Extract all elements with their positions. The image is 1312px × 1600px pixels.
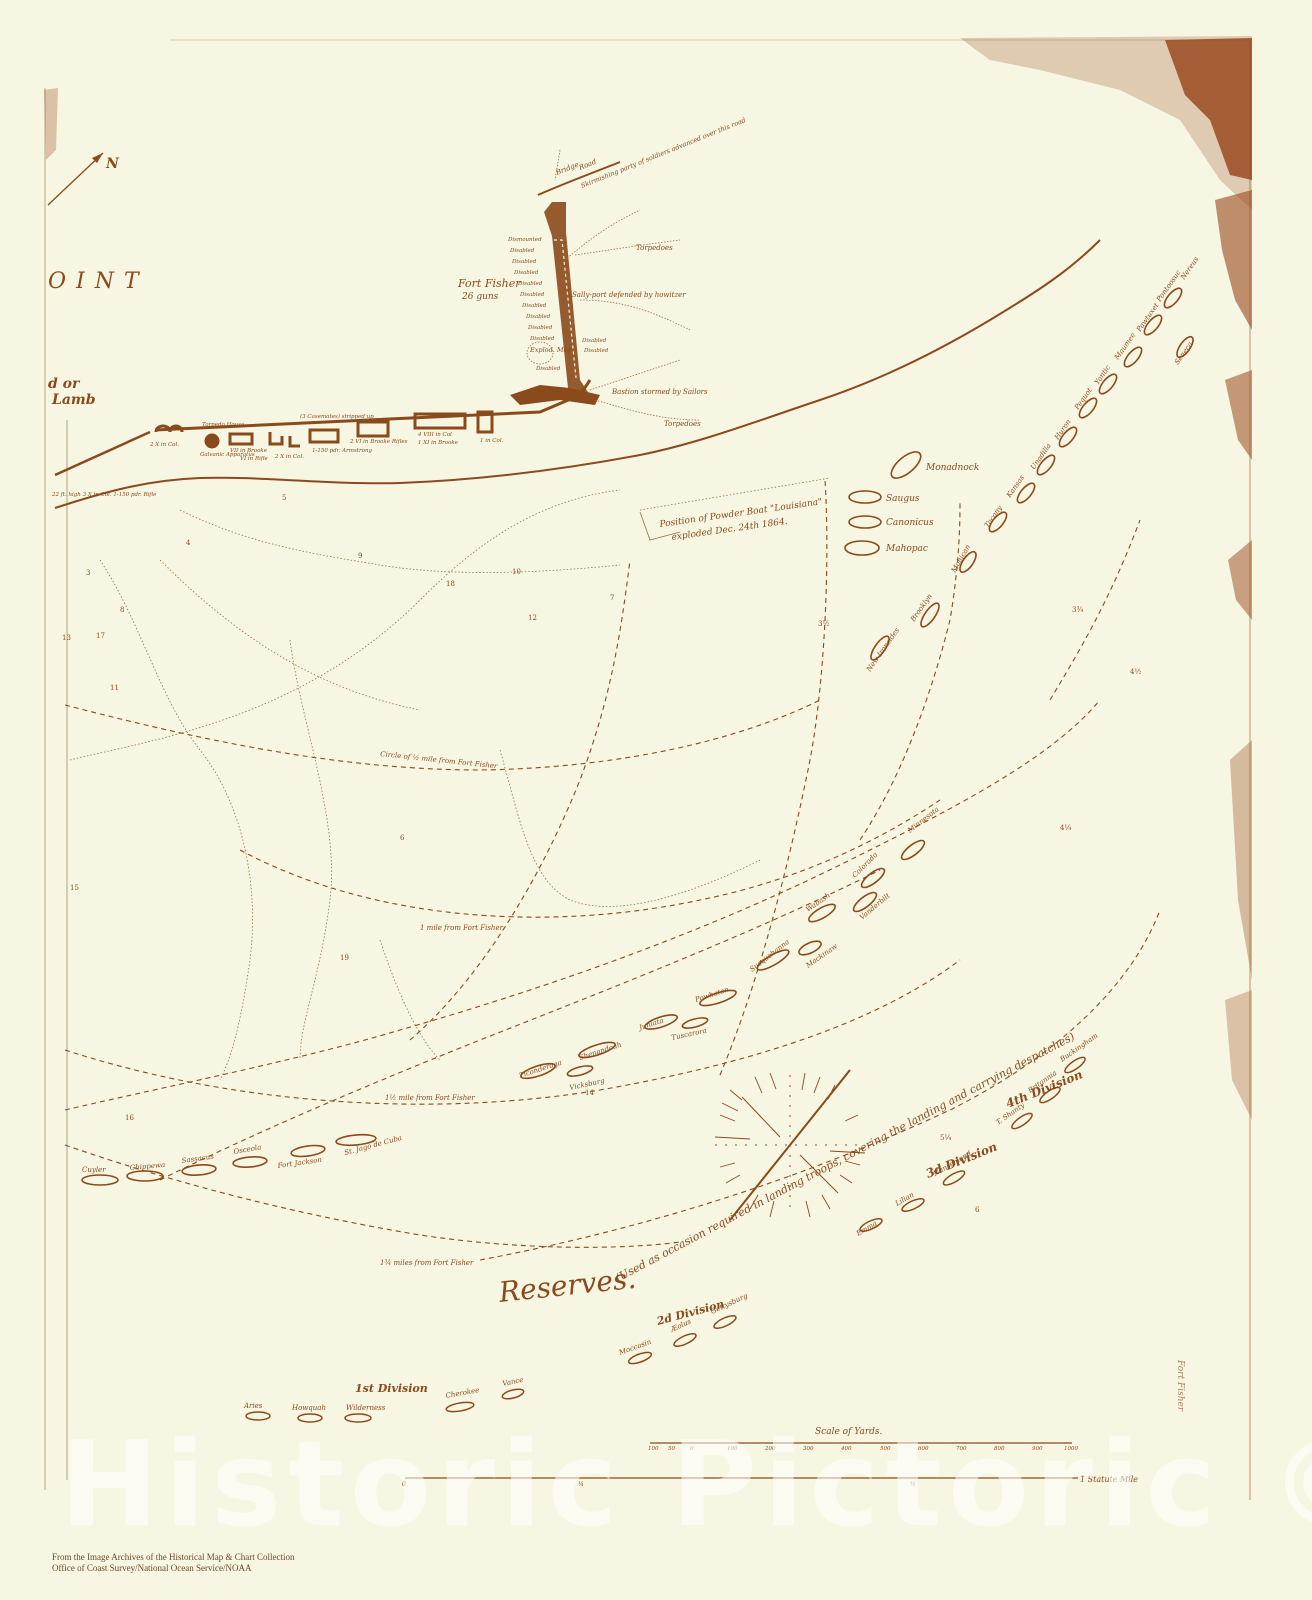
ship-canonicus: Canonicus <box>886 518 934 528</box>
line-3-ships <box>82 1133 376 1185</box>
svg-text:Vance: Vance <box>502 1376 524 1388</box>
svg-text:¼: ¼ <box>578 1481 584 1488</box>
svg-text:5¼: 5¼ <box>940 1134 951 1142</box>
svg-text:13: 13 <box>62 634 71 642</box>
image-credit: From the Image Archives of the Historica… <box>52 1552 294 1574</box>
svg-text:Disabled: Disabled <box>517 281 543 287</box>
svg-text:Cherokee: Cherokee <box>445 1386 480 1400</box>
svg-text:Disabled: Disabled <box>509 248 535 254</box>
svg-text:1¾ miles from Fort Fisher: 1¾ miles from Fort Fisher <box>380 1259 474 1267</box>
svg-text:4¼: 4¼ <box>1060 824 1071 832</box>
svg-text:Chippewa: Chippewa <box>129 1161 165 1172</box>
svg-text:Torpedoes: Torpedoes <box>664 420 701 428</box>
svg-text:Fort Jackson: Fort Jackson <box>276 1156 323 1170</box>
svg-text:3¾: 3¾ <box>1072 606 1083 614</box>
fort-fisher-label: Fort Fisher <box>457 277 521 290</box>
svg-text:Disabled: Disabled <box>521 303 547 309</box>
paper-stain <box>44 36 1252 1120</box>
svg-text:Disabled: Disabled <box>535 366 561 372</box>
svg-text:12: 12 <box>528 614 537 622</box>
svg-text:Ticonderoga: Ticonderoga <box>518 1059 563 1080</box>
margin-note: Fort Fisher <box>1175 1359 1185 1412</box>
svg-text:Disabled: Disabled <box>511 259 537 265</box>
map-frame <box>45 40 1250 1500</box>
svg-text:0: 0 <box>690 1446 694 1452</box>
svg-text:Disabled: Disabled <box>581 338 607 344</box>
svg-text:50: 50 <box>668 1446 675 1452</box>
svg-text:100: 100 <box>648 1446 659 1452</box>
line-1-labels: New Ironsides Brooklyn Mohican Tacony Ka… <box>865 255 1201 674</box>
circle-labels: Circle of ½ mile from Fort Fisher 1 mile… <box>380 750 504 1267</box>
svg-text:600: 600 <box>918 1446 929 1452</box>
svg-text:Maumee: Maumee <box>1113 331 1138 362</box>
svg-text:Sassacus: Sassacus <box>181 1152 215 1164</box>
svg-text:1-150 pdr. Armstrong: 1-150 pdr. Armstrong <box>312 448 372 454</box>
svg-text:500: 500 <box>880 1446 891 1452</box>
svg-text:Osceola: Osceola <box>233 1143 262 1156</box>
ship-monadnock: Monadnock <box>925 463 979 473</box>
powder-boat-annotation: Position of Powder Boat "Louisiana" expl… <box>640 478 830 543</box>
svg-text:14: 14 <box>585 1089 594 1097</box>
svg-text:½: ½ <box>910 1481 916 1488</box>
reserves-note: (Used as occasion required in landing tr… <box>613 1030 1076 1285</box>
scale-of-miles: 0 ¼ ½ 1 Statute Mile <box>402 1475 1138 1488</box>
svg-text:2 X in Col.: 2 X in Col. <box>149 442 179 448</box>
svg-text:Torpedoes: Torpedoes <box>636 244 673 252</box>
svg-text:6: 6 <box>400 834 405 842</box>
svg-text:0: 0 <box>402 1481 406 1488</box>
svg-text:1 mile from Fort Fisher: 1 mile from Fort Fisher <box>420 924 504 932</box>
svg-text:Road: Road <box>577 157 598 172</box>
svg-text:Sally-port defended by howitze: Sally-port defended by howitzer <box>572 291 686 299</box>
svg-text:d or: d or <box>48 376 81 392</box>
svg-text:Scale of Yards.: Scale of Yards. <box>815 1427 883 1437</box>
svg-text:16: 16 <box>125 1114 134 1122</box>
svg-text:Disabled: Disabled <box>513 270 539 276</box>
svg-text:200: 200 <box>764 1446 776 1452</box>
svg-text:Galvanic Apparatus: Galvanic Apparatus <box>200 452 255 458</box>
svg-text:Explod. Mag: Explod. Mag <box>529 346 572 354</box>
svg-text:1 XI in Brooke: 1 XI in Brooke <box>418 440 459 446</box>
svg-text:Disabled: Disabled <box>529 336 555 342</box>
svg-text:Kansas: Kansas <box>1005 474 1027 500</box>
svg-text:8: 8 <box>120 606 124 614</box>
svg-text:15: 15 <box>70 884 79 892</box>
svg-text:6: 6 <box>975 1206 980 1214</box>
svg-text:4 VIII in Col: 4 VIII in Col <box>417 432 452 438</box>
svg-text:9: 9 <box>358 552 362 560</box>
svg-text:10: 10 <box>512 568 521 576</box>
svg-text:Mackinaw: Mackinaw <box>804 942 839 970</box>
svg-text:3½: 3½ <box>818 620 829 628</box>
svg-text:3: 3 <box>86 569 90 577</box>
svg-text:2 VI in Brooke Rifles: 2 VI in Brooke Rifles <box>349 439 408 445</box>
line-2-labels: Minnesota Colorado Vanderbilt Wabash Mac… <box>518 805 941 1092</box>
svg-text:Juniata: Juniata <box>636 1016 664 1032</box>
svg-text:N: N <box>105 156 120 172</box>
reserves-title: Reserves. <box>496 1262 637 1309</box>
svg-text:Wilderness: Wilderness <box>346 1404 386 1412</box>
place-label-point: OINT <box>48 269 149 294</box>
compass-rose-icon <box>715 1070 865 1220</box>
svg-text:Vanderbilt: Vanderbilt <box>858 892 892 922</box>
scale-of-yards: Scale of Yards. 100 50 0 100 200 300 400… <box>648 1427 1078 1452</box>
svg-text:2 X in Col.: 2 X in Col. <box>274 454 304 460</box>
ship-mahopac: Mahopac <box>885 544 928 554</box>
svg-text:Howquah: Howquah <box>291 1404 326 1412</box>
svg-text:Bastion stormed by Sailors: Bastion stormed by Sailors <box>611 388 708 396</box>
svg-text:22 ft. high 3 X in Col. 1-150: 22 ft. high 3 X in Col. 1-150 pdr. Rifle <box>51 492 157 498</box>
svg-text:7: 7 <box>610 594 614 602</box>
svg-text:Dismounted: Dismounted <box>507 237 542 243</box>
svg-text:17: 17 <box>96 632 105 640</box>
svg-text:11: 11 <box>110 684 119 692</box>
svg-text:18: 18 <box>446 580 455 588</box>
credit-line-1: From the Image Archives of the Historica… <box>52 1552 294 1563</box>
svg-text:5: 5 <box>282 494 286 502</box>
svg-text:1000: 1000 <box>1064 1446 1078 1452</box>
credit-line-2: Office of Coast Survey/National Ocean Se… <box>52 1563 294 1574</box>
svg-text:1 Statute Mile: 1 Statute Mile <box>1080 1475 1138 1484</box>
svg-text:19: 19 <box>340 954 349 962</box>
svg-text:4: 4 <box>186 539 191 547</box>
svg-text:1st Division: 1st Division <box>355 1382 428 1395</box>
svg-text:Torpedo House: Torpedo House <box>202 422 245 428</box>
svg-text:Disabled: Disabled <box>519 292 545 298</box>
svg-text:Disabled: Disabled <box>525 314 551 320</box>
north-arrow-icon: N <box>48 153 120 205</box>
svg-text:Cuyler: Cuyler <box>82 1166 106 1174</box>
svg-text:800: 800 <box>994 1446 1005 1452</box>
svg-text:Lamb: Lamb <box>51 392 96 408</box>
line-2-ships <box>519 837 927 1081</box>
svg-text:Moccasin: Moccasin <box>617 1338 653 1358</box>
svg-text:Minnesota: Minnesota <box>906 805 941 835</box>
svg-text:4½: 4½ <box>1130 668 1141 676</box>
depth-soundings: 5 9 18 10 12 3 4 8 13 17 11 7 6 15 16 19… <box>62 494 1141 1214</box>
svg-text:900: 900 <box>1032 1446 1043 1452</box>
line-3-labels: Chippewa Sassacus Osceola Fort Jackson S… <box>82 1134 403 1174</box>
ship-saugus: Saugus <box>886 494 920 504</box>
svg-text:26 guns: 26 guns <box>461 292 499 302</box>
svg-text:1½ mile from Fort Fisher: 1½ mile from Fort Fisher <box>385 1094 475 1102</box>
svg-text:Huron: Huron <box>1053 418 1073 442</box>
svg-text:100: 100 <box>727 1446 738 1452</box>
svg-text:300: 300 <box>803 1446 814 1452</box>
svg-text:400: 400 <box>840 1446 852 1452</box>
svg-text:Susquehanna: Susquehanna <box>748 938 791 974</box>
svg-text:New Ironsides: New Ironsides <box>865 626 902 674</box>
svg-text:Skirmishing party of soldiers: Skirmishing party of soldiers advanced o… <box>580 116 747 190</box>
svg-text:Nereus: Nereus <box>1179 255 1201 282</box>
svg-text:Colorado: Colorado <box>851 851 879 879</box>
svg-text:Tuscarora: Tuscarora <box>671 1027 708 1042</box>
svg-text:1 in Col.: 1 in Col. <box>480 438 504 444</box>
svg-text:Disabled: Disabled <box>527 325 553 331</box>
svg-text:(3 Casemates) stripped up: (3 Casemates) stripped up <box>300 413 374 420</box>
svg-text:Circle of ½ mile from Fort Fis: Circle of ½ mile from Fort Fisher <box>380 750 499 770</box>
svg-text:700: 700 <box>956 1446 967 1452</box>
svg-text:Disabled: Disabled <box>583 348 609 354</box>
depth-contours <box>70 490 760 1080</box>
historic-map: N OINT d or Lamb Bridge Road Skirmishing… <box>0 0 1312 1600</box>
svg-text:Aries: Aries <box>243 1402 263 1410</box>
reserve-ships <box>246 1055 1087 1422</box>
